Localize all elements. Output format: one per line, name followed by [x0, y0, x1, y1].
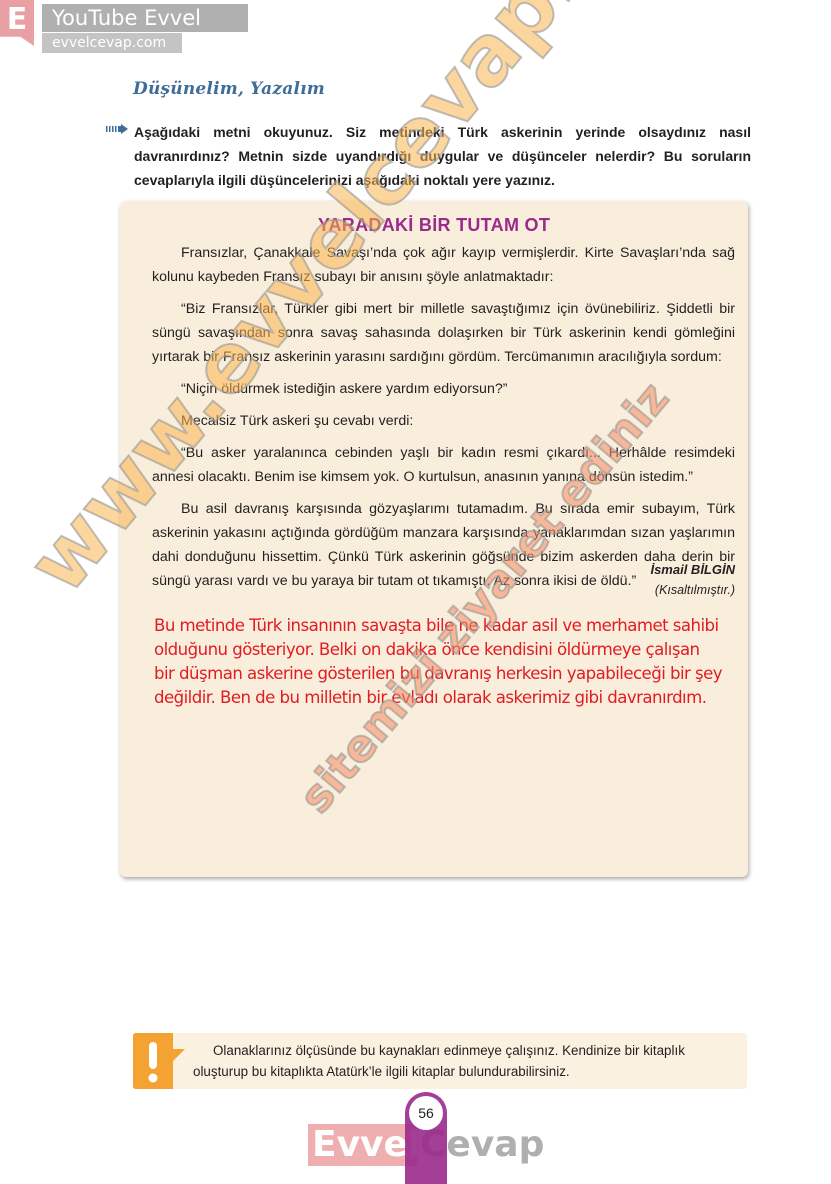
instruction-text: Aşağıdaki metni okuyunuz. Siz metindeki … — [134, 120, 751, 192]
story-paragraph: “Biz Fransızlar, Türkler gibi mert bir m… — [152, 297, 735, 369]
brand-url[interactable]: evvelcevap.com — [42, 33, 182, 53]
answer-line: değildir. Ben de bu milletin bir evladı … — [154, 686, 734, 710]
story-paragraph: Bu asil davranış karşısında gözyaşlarımı… — [152, 497, 735, 593]
page-number: 56 — [409, 1096, 443, 1130]
answer-line: olduğunu gösteriyor. Belki on dakika önc… — [154, 638, 734, 662]
story-paragraph: “Niçin öldürmek istediğin askere yardım … — [152, 377, 735, 401]
section-title: Düşünelim, Yazalım — [133, 79, 325, 99]
arrow-right-icon — [106, 124, 128, 134]
brand-logo: E — [0, 0, 34, 46]
story-paragraph: “Bu asker yaralanınca cebinden yaşlı bir… — [152, 441, 735, 489]
answer-line: bir düşman askerine gösterilen bu davran… — [154, 662, 734, 686]
story-paragraph: Fransızlar, Çanakkale Savaşı’nda çok ağı… — [152, 241, 735, 289]
story-title: YARADAKİ BİR TUTAM OT — [120, 215, 748, 236]
story-card: YARADAKİ BİR TUTAM OT Fransızlar, Çanakk… — [120, 201, 748, 877]
tip-box: Olanaklarınız ölçüsünde bu kaynakları ed… — [133, 1033, 747, 1089]
answer-line: Bu metinde Türk insanının savaşta bile n… — [154, 614, 734, 638]
exclamation-icon — [133, 1033, 185, 1089]
story-body: Fransızlar, Çanakkale Savaşı’nda çok ağı… — [152, 241, 735, 601]
tip-text-content: Olanaklarınız ölçüsünde bu kaynakları ed… — [193, 1043, 685, 1079]
story-paragraph: Mecalsiz Türk askeri şu cevabı verdi: — [152, 409, 735, 433]
tip-text: Olanaklarınız ölçüsünde bu kaynakları ed… — [193, 1040, 738, 1082]
story-author: İsmail BİLGİN — [650, 562, 735, 577]
story-source-note: (Kısaltılmıştır.) — [655, 583, 735, 597]
brand-title[interactable]: YouTube Evvel Cevap — [42, 4, 248, 32]
footer-brand-evvel: Evvel — [308, 1124, 418, 1166]
instruction: Aşağıdaki metni okuyunuz. Siz metindeki … — [106, 120, 751, 192]
handwritten-answer: Bu metinde Türk insanının savaşta bile n… — [154, 614, 734, 710]
